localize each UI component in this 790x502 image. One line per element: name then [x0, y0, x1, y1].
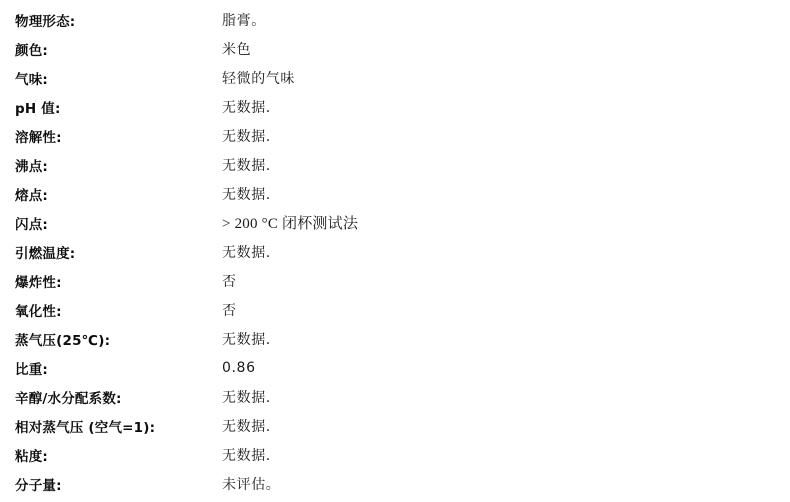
property-label: 蒸气压(25℃): [15, 329, 222, 349]
property-value: 无数据. [222, 126, 271, 146]
property-value: 无数据. [222, 416, 271, 436]
property-value: 无数据. [222, 329, 271, 349]
property-label: 辛醇/水分配系数: [15, 387, 222, 407]
property-row-solubility: 溶解性: 无数据. [15, 121, 785, 150]
property-row-odor: 气味: 轻微的气味 [15, 63, 785, 92]
property-row-oxidizing: 氧化性: 否 [15, 295, 785, 324]
property-label: 引燃温度: [15, 242, 222, 262]
property-value: 无数据. [222, 445, 271, 465]
property-value: 未评估。 [222, 474, 280, 494]
property-row-vapor-pressure: 蒸气压(25℃): 无数据. [15, 324, 785, 353]
property-value: 无数据. [222, 184, 271, 204]
property-label: 颜色: [15, 39, 222, 59]
property-value: 无数据. [222, 242, 271, 262]
property-label: 沸点: [15, 155, 222, 175]
property-label: 分子量: [15, 474, 222, 494]
property-label: 粘度: [15, 445, 222, 465]
physical-properties-list: 物理形态: 脂膏。 颜色: 米色 气味: 轻微的气味 pH 值: 无数据. 溶解… [15, 5, 785, 498]
property-row-specific-gravity: 比重: 0.86 [15, 353, 785, 382]
property-value: 脂膏。 [222, 10, 266, 30]
property-label: 比重: [15, 358, 222, 378]
property-row-relative-vapor-density: 相对蒸气压 (空气=1): 无数据. [15, 411, 785, 440]
property-value: 无数据. [222, 387, 271, 407]
property-label: 爆炸性: [15, 271, 222, 291]
property-row-ph: pH 值: 无数据. [15, 92, 785, 121]
property-row-flash-point: 闪点: > 200 °C 闭杯测试法 [15, 208, 785, 237]
property-label: 物理形态: [15, 10, 222, 30]
property-value: 0.86 [222, 360, 256, 376]
property-value: 否 [222, 300, 237, 320]
property-row-color: 颜色: 米色 [15, 34, 785, 63]
property-value: 无数据. [222, 155, 271, 175]
property-label: 相对蒸气压 (空气=1): [15, 416, 222, 436]
property-row-partition-coefficient: 辛醇/水分配系数: 无数据. [15, 382, 785, 411]
property-row-molecular-weight: 分子量: 未评估。 [15, 469, 785, 498]
property-row-physical-form: 物理形态: 脂膏。 [15, 5, 785, 34]
property-row-melting-point: 熔点: 无数据. [15, 179, 785, 208]
property-value: 无数据. [222, 97, 271, 117]
property-value: > 200 °C 闭杯测试法 [222, 212, 358, 233]
property-label: 闪点: [15, 213, 222, 233]
property-value: 否 [222, 271, 237, 291]
property-label: 氧化性: [15, 300, 222, 320]
property-value: 轻微的气味 [222, 68, 295, 88]
property-label: 气味: [15, 68, 222, 88]
property-label: 熔点: [15, 184, 222, 204]
property-label: pH 值: [15, 97, 222, 117]
property-row-boiling-point: 沸点: 无数据. [15, 150, 785, 179]
property-label: 溶解性: [15, 126, 222, 146]
property-row-ignition-temperature: 引燃温度: 无数据. [15, 237, 785, 266]
property-row-viscosity: 粘度: 无数据. [15, 440, 785, 469]
property-value: 米色 [222, 39, 251, 59]
property-row-explosive: 爆炸性: 否 [15, 266, 785, 295]
